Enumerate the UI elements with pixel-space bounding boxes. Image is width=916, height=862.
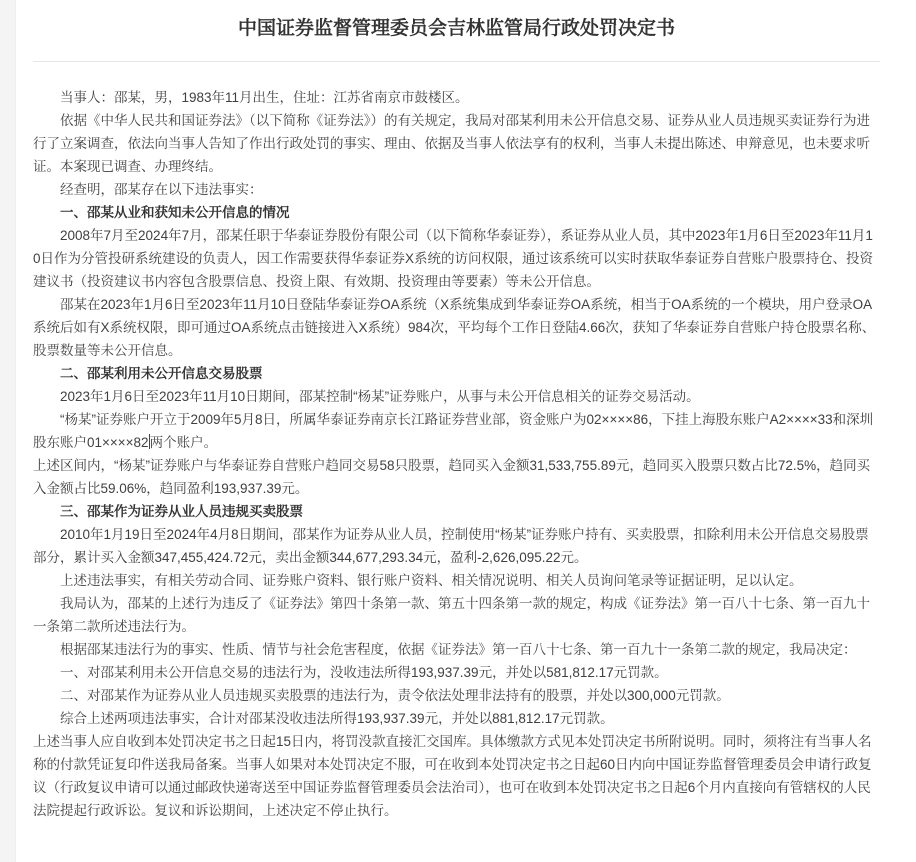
left-gutter	[0, 0, 16, 862]
paragraph-decision-intro: 根据邵某违法行为的事实、性质、情节与社会危害程度，依据《证券法》第一百八十七条、…	[33, 638, 880, 661]
account-text-after-caret: 两个账户。	[150, 435, 218, 450]
paragraph-decision-item-2: 二、对邵某作为证券从业人员违规买卖股票的违法行为，责令依法处理非法持有的股票，并…	[33, 684, 880, 707]
paragraph-section1-oa-logins: 邵某在2023年1月6日至2023年11月10日登陆华泰证券OA系统（X系统集成…	[33, 293, 880, 362]
paragraph-party: 当事人：邵某，男，1983年11月出生，住址：江苏省南京市鼓楼区。	[33, 86, 880, 109]
paragraph-section2-convergent-trades: 上述区间内，“杨某”证券账户与华泰证券自营账户趋同交易58只股票，趋同买入金额3…	[33, 454, 880, 500]
paragraph-legal-opinion: 我局认为，邵某的上述行为违反了《证券法》第四十条第一款、第五十四条第一款的规定，…	[33, 592, 880, 638]
paragraph-decision-item-1: 一、对邵某利用未公开信息交易的违法行为，没收违法所得193,937.39元，并处…	[33, 661, 880, 684]
paragraph-basis: 依据《中华人民共和国证券法》（以下简称《证券法》）的有关规定，我局对邵某利用未公…	[33, 109, 880, 178]
paragraph-found-intro: 经查明，邵某存在以下违法事实：	[33, 178, 880, 201]
penalty-decision-document: 中国证券监督管理委员会吉林监管局行政处罚决定书 当事人：邵某，男，1983年11…	[33, 0, 880, 822]
paragraph-section1-employment: 2008年7月至2024年7月，邵某任职于华泰证券股份有限公司（以下简称华泰证券…	[33, 224, 880, 293]
paragraph-evidence: 上述违法事实，有相关劳动合同、证券账户资料、银行账户资料、相关情况说明、相关人员…	[33, 569, 880, 592]
paragraph-section3-illegal-trading: 2010年1月19日至2024年4月8日期间，邵某作为证券从业人员，控制使用“杨…	[33, 523, 880, 569]
document-title: 中国证券监督管理委员会吉林监管局行政处罚决定书	[33, 0, 880, 43]
paragraph-section2-trading-period: 2023年1月6日至2023年11月10日期间，邵某控制“杨某”证券账户，从事与…	[33, 385, 880, 408]
section-heading-1: 一、邵某从业和获知未公开信息的情况	[33, 201, 880, 224]
document-body: 当事人：邵某，男，1983年11月出生，住址：江苏省南京市鼓楼区。 依据《中华人…	[33, 62, 880, 822]
paragraph-section2-account-info: “杨某”证券账户开立于2009年5月8日，所属华泰证券南京长江路证券营业部，资金…	[33, 408, 880, 454]
section-heading-2: 二、邵某利用未公开信息交易股票	[33, 362, 880, 385]
paragraph-closing-remedies: 上述当事人应自收到本处罚决定书之日起15日内，将罚没款直接汇交国库。具体缴款方式…	[33, 730, 880, 822]
paragraph-decision-total: 综合上述两项违法事实，合计对邵某没收违法所得193,937.39元，并处以881…	[33, 707, 880, 730]
section-heading-3: 三、邵某作为证券从业人员违规买卖股票	[33, 500, 880, 523]
